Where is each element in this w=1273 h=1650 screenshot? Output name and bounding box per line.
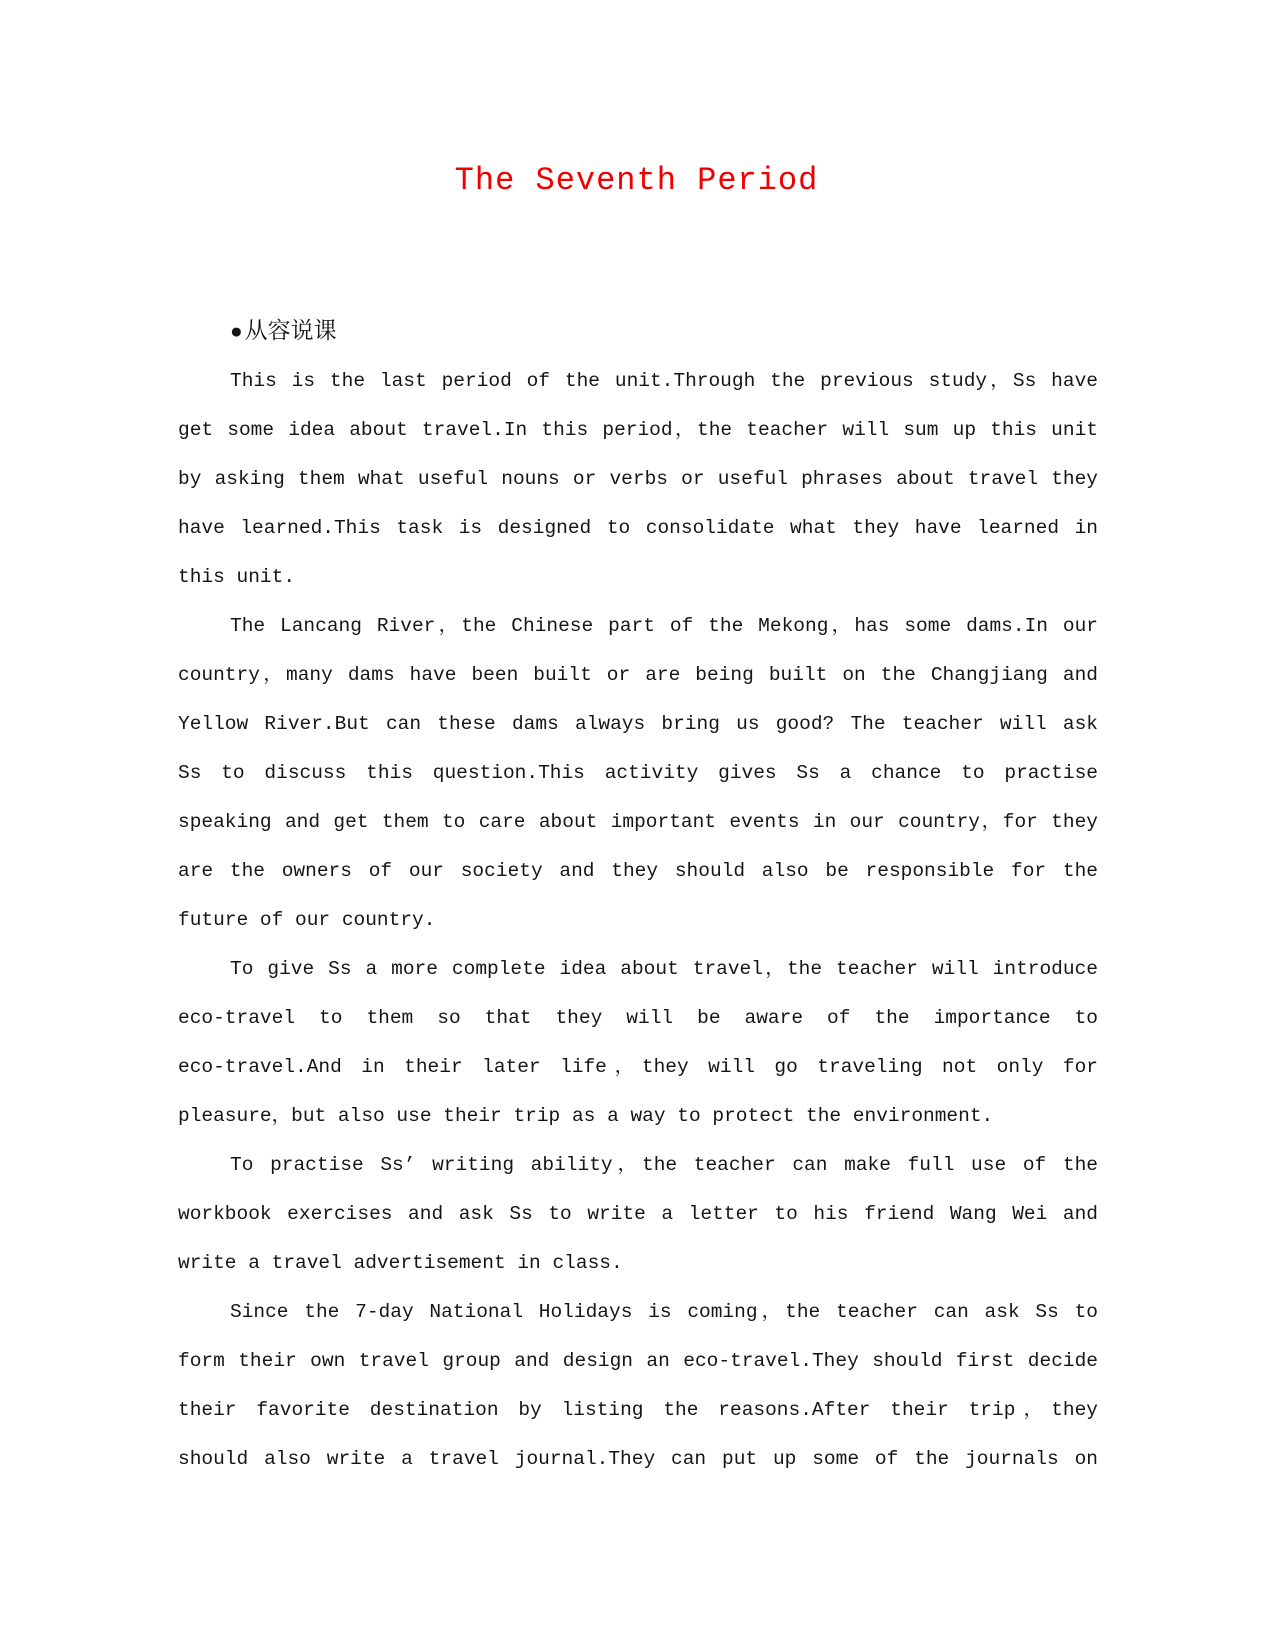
bullet-icon: ●	[230, 322, 243, 345]
document-page: The Seventh Period ●从容说课 This is the las…	[0, 0, 1273, 1650]
section-heading-label: 从容说课	[245, 319, 337, 345]
document-body: ●从容说课 This is the last period of the uni…	[178, 308, 1098, 1484]
paragraph-line: country，many dams have been built or are…	[178, 651, 1098, 700]
paragraph-line: form their own travel group and design a…	[178, 1337, 1098, 1386]
paragraph-line: should also write a travel journal.They …	[178, 1435, 1098, 1484]
paragraph-line: Ss to discuss this question.This activit…	[178, 749, 1098, 798]
paragraph-line: eco-travel.And in their later life，they …	[178, 1043, 1098, 1092]
paragraph-line: The Lancang River，the Chinese part of th…	[178, 602, 1098, 651]
paragraph-line: Since the 7-day National Holidays is com…	[178, 1288, 1098, 1337]
paragraph-line: by asking them what useful nouns or verb…	[178, 455, 1098, 504]
paragraph-line: speaking and get them to care about impo…	[178, 798, 1098, 847]
paragraph-line: pleasure，but also use their trip as a wa…	[178, 1092, 1098, 1141]
paragraph-line: their favorite destination by listing th…	[178, 1386, 1098, 1435]
paragraph-line: write a travel advertisement in class.	[178, 1239, 1098, 1288]
paragraph-line: workbook exercises and ask Ss to write a…	[178, 1190, 1098, 1239]
paragraph-line: are the owners of our society and they s…	[178, 847, 1098, 896]
paragraph-line: this unit.	[178, 553, 1098, 602]
paragraph-line: future of our country.	[178, 896, 1098, 945]
paragraph-line: To practise Ss’ writing ability，the teac…	[178, 1141, 1098, 1190]
paragraph-line: get some idea about travel.In this perio…	[178, 406, 1098, 455]
section-heading: ●从容说课	[178, 308, 1098, 357]
paragraph-line: Yellow River.But can these dams always b…	[178, 700, 1098, 749]
page-title: The Seventh Period	[0, 158, 1273, 204]
paragraph-line: have learned.This task is designed to co…	[178, 504, 1098, 553]
paragraph-line: To give Ss a more complete idea about tr…	[178, 945, 1098, 994]
paragraph-line: eco-travel to them so that they will be …	[178, 994, 1098, 1043]
paragraph-line: This is the last period of the unit.Thro…	[178, 357, 1098, 406]
